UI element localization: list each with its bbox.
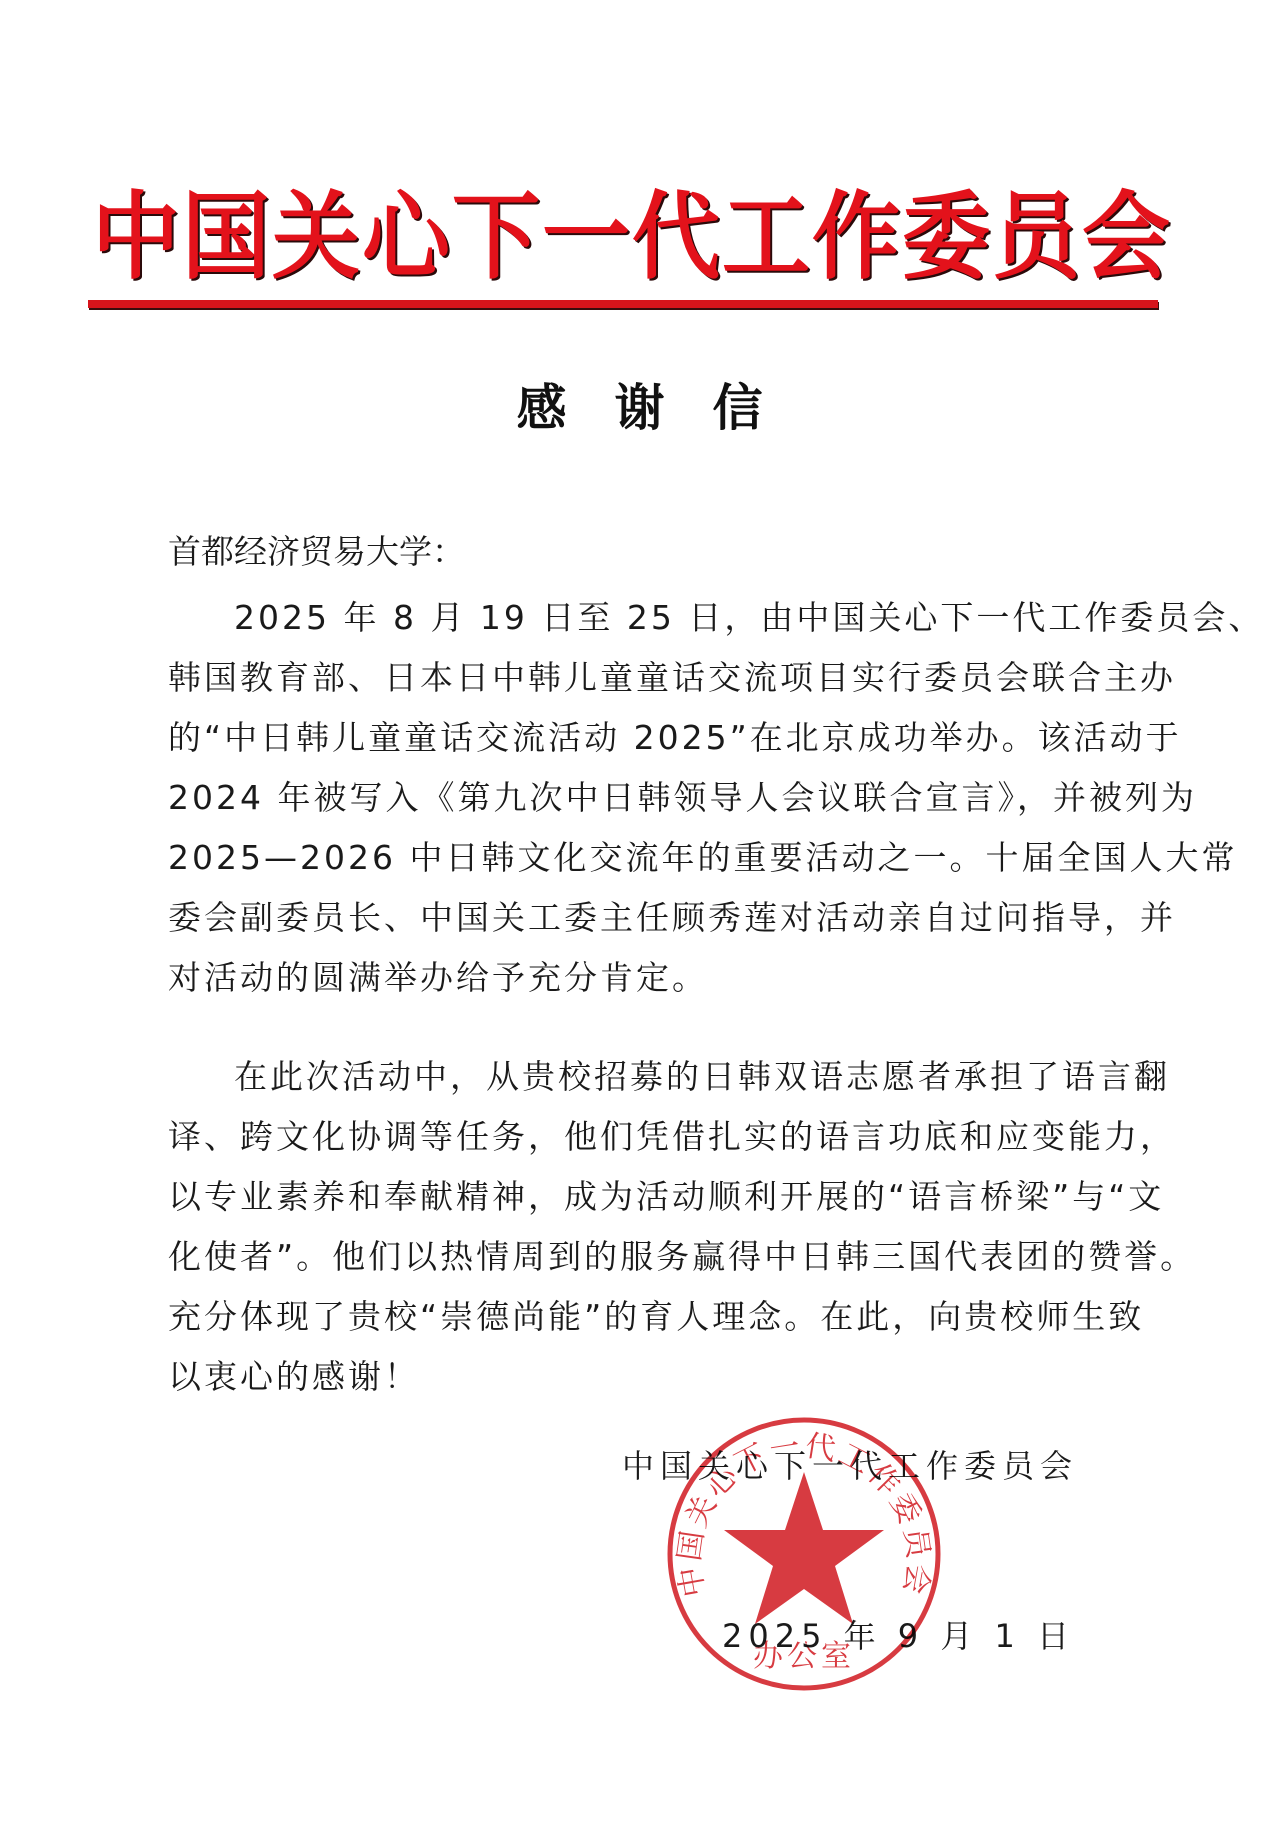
- star-icon: [724, 1472, 884, 1624]
- paragraph-1: 2025 年 8 月 19 日至 25 日，由中国关心下一代工作委员会、 韩国教…: [168, 588, 1128, 1008]
- document-title: 感谢信: [0, 378, 1279, 438]
- letterhead-divider: [88, 300, 1158, 308]
- paragraph-line: 2025 年 8 月 19 日至 25 日，由中国关心下一代工作委员会、: [168, 588, 1128, 648]
- salutation: 首都经济贸易大学：: [168, 522, 1128, 582]
- signature-date: 2025 年 9 月 1 日: [722, 1616, 1075, 1656]
- paragraph-line: 充分体现了贵校“崇德尚能”的育人理念。在此，向贵校师生致: [168, 1287, 1128, 1347]
- paragraph-line: 以专业素养和奉献精神，成为活动顺利开展的“语言桥梁”与“文: [168, 1167, 1128, 1227]
- paragraph-line: 韩国教育部、日本日中韩儿童童话交流项目实行委员会联合主办: [168, 648, 1128, 708]
- paragraph-line: 化使者”。他们以热情周到的服务赢得中日韩三国代表团的赞誉。: [168, 1227, 1128, 1287]
- signature-organization: 中国关心下一代工作委员会: [622, 1446, 1078, 1486]
- paragraph-line: 2025—2026 中日韩文化交流年的重要活动之一。十届全国人大常: [168, 828, 1128, 888]
- paragraph-line: 对活动的圆满举办给予充分肯定。: [168, 948, 1128, 1008]
- paragraph-line: 的“中日韩儿童童话交流活动 2025”在北京成功举办。该活动于: [168, 708, 1128, 768]
- paragraph-line: 2024 年被写入《第九次中日韩领导人会议联合宣言》，并被列为: [168, 768, 1128, 828]
- letterhead-organization: 中国关心下一代工作委员会: [92, 182, 1162, 290]
- paragraph-2: 在此次活动中，从贵校招募的日韩双语志愿者承担了语言翻 译、跨文化协调等任务，他们…: [168, 1047, 1128, 1407]
- paragraph-line: 译、跨文化协调等任务，他们凭借扎实的语言功底和应变能力，: [168, 1107, 1128, 1167]
- letter-page: 中国关心下一代工作委员会 感谢信 首都经济贸易大学： 2025 年 8 月 19…: [0, 0, 1279, 1834]
- paragraph-line: 以衷心的感谢！: [168, 1347, 1128, 1407]
- paragraph-line: 委会副委员长、中国关工委主任顾秀莲对活动亲自过问指导，并: [168, 888, 1128, 948]
- paragraph-line: 在此次活动中，从贵校招募的日韩双语志愿者承担了语言翻: [168, 1047, 1128, 1107]
